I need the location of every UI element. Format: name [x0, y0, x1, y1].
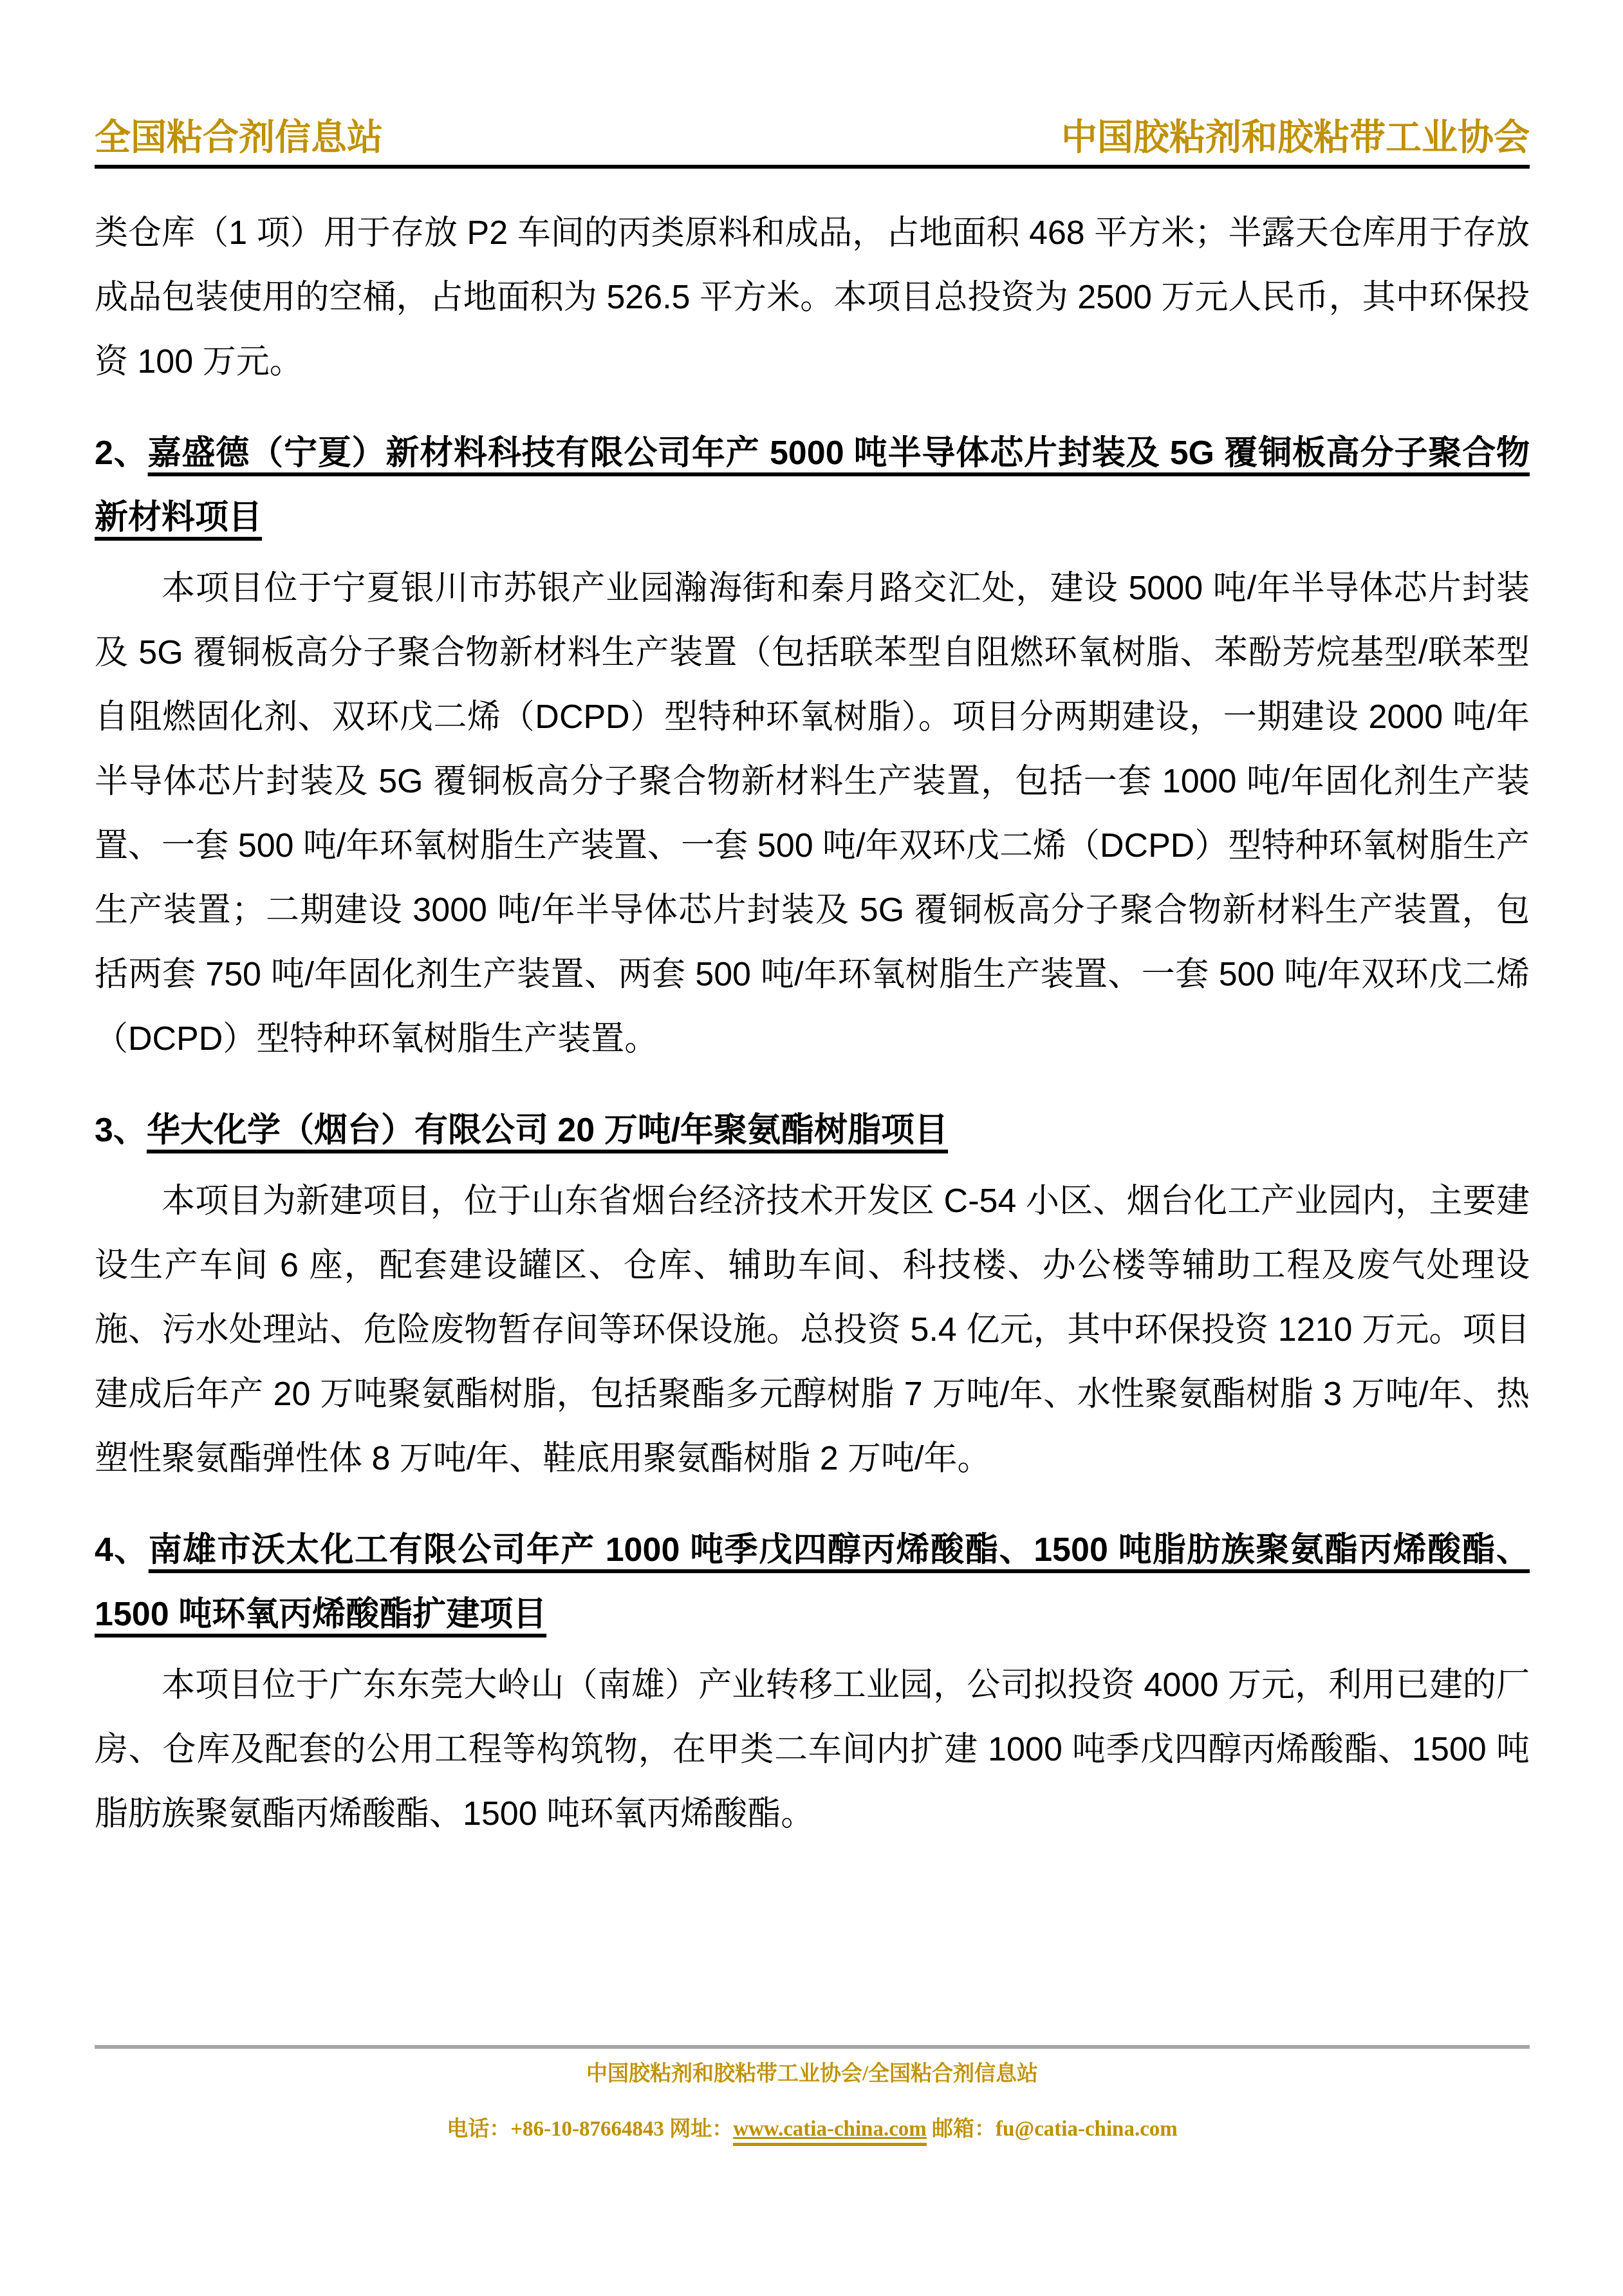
section-heading-2: 2、嘉盛德（宁夏）新材料科技有限公司年产 5000 吨半导体芯片封装及 5G 覆…: [95, 421, 1530, 550]
section-title: 南雄市沃太化工有限公司年产 1000 吨季戊四醇丙烯酸酯、1500 吨脂肪族聚氨…: [95, 1531, 1530, 1633]
section-heading-4: 4、南雄市沃太化工有限公司年产 1000 吨季戊四醇丙烯酸酯、1500 吨脂肪族…: [95, 1518, 1530, 1647]
document-page: 全国粘合剂信息站 中国胶粘剂和胶粘带工业协会 类仓库（1 项）用于存放 P2 车…: [0, 0, 1623, 2296]
section-title: 嘉盛德（宁夏）新材料科技有限公司年产 5000 吨半导体芯片封装及 5G 覆铜板…: [95, 434, 1530, 536]
footer-email-label: 邮箱：: [932, 2118, 996, 2141]
footer-contact-line: 电话：+86-10-87664843 网址：www.catia-china.co…: [95, 2114, 1530, 2144]
section-number: 2、: [95, 434, 148, 472]
section-paragraph-2: 本项目位于宁夏银川市苏银产业园瀚海街和秦月路交汇处，建设 5000 吨/年半导体…: [95, 556, 1530, 1071]
header-right-title: 中国胶粘剂和胶粘带工业协会: [1061, 117, 1530, 158]
footer-web-label: 网址：: [669, 2118, 733, 2141]
intro-paragraph: 类仓库（1 项）用于存放 P2 车间的丙类原料和成品，占地面积 468 平方米；…: [95, 201, 1530, 394]
section-heading-3: 3、华大化学（烟台）有限公司 20 万吨/年聚氨酯树脂项目: [95, 1098, 1530, 1162]
section-title: 华大化学（烟台）有限公司 20 万吨/年聚氨酯树脂项目: [147, 1112, 948, 1149]
footer-org-line: 中国胶粘剂和胶粘带工业协会/全国粘合剂信息站: [95, 2062, 1530, 2087]
section-paragraph-3: 本项目为新建项目，位于山东省烟台经济技术开发区 C-54 小区、烟台化工产业园内…: [95, 1169, 1530, 1491]
section-number: 3、: [95, 1112, 147, 1149]
header-left-title: 全国粘合剂信息站: [95, 117, 383, 158]
footer-email-address: fu@catia-china.com: [996, 2118, 1178, 2141]
footer-phone-label: 电话：: [447, 2118, 510, 2141]
section-paragraph-4: 本项目位于广东东莞大岭山（南雄）产业转移工业园，公司拟投资 4000 万元，利用…: [95, 1653, 1530, 1846]
page-footer: 中国胶粘剂和胶粘带工业协会/全国粘合剂信息站 电话：+86-10-8766484…: [95, 2045, 1530, 2144]
footer-url-link[interactable]: www.catia-china.com: [733, 2118, 927, 2146]
section-number: 4、: [95, 1531, 149, 1569]
page-header: 全国粘合剂信息站 中国胶粘剂和胶粘带工业协会: [95, 0, 1530, 169]
footer-phone-number: +86-10-87664843: [510, 2118, 664, 2141]
